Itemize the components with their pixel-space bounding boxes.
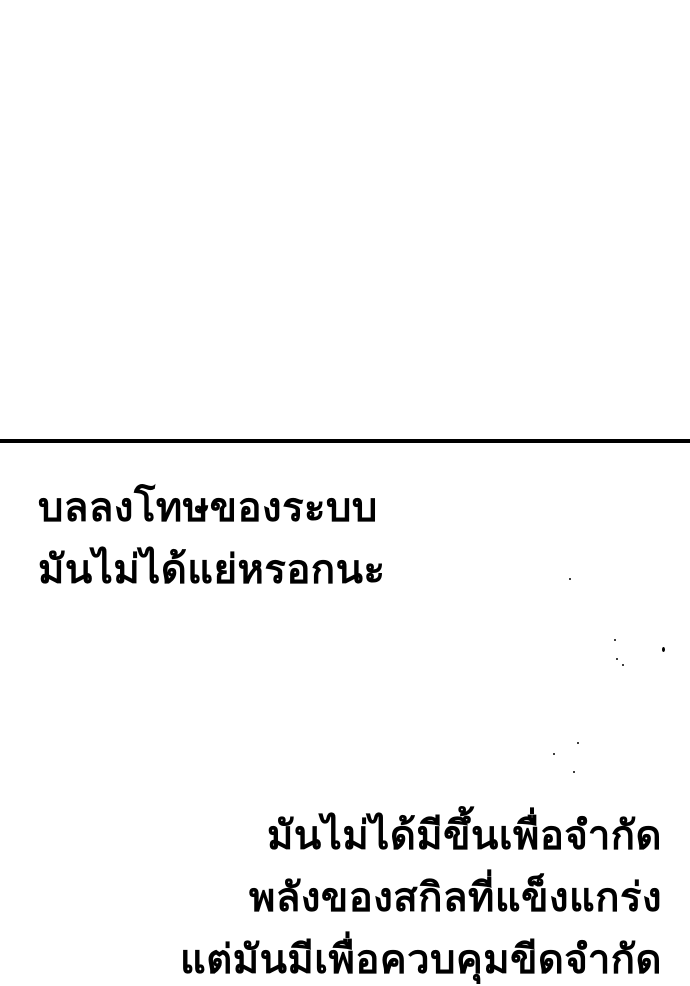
bottom-panel: บลลงโทษของระบบ มันไม่ได้แย่หรอกนะ มันไม่…	[0, 443, 690, 986]
speck-decoration	[577, 742, 579, 744]
speck-decoration	[616, 658, 618, 660]
caption-1-line-2: มันไม่ได้แย่หรอกนะ	[38, 539, 385, 601]
speck-decoration	[622, 664, 624, 666]
caption-block-2: มันไม่ได้มีขึ้นเพื่อจำกัด พลังของสกิลที่…	[180, 805, 662, 986]
speck-decoration	[614, 639, 616, 641]
speck-decoration	[662, 647, 665, 652]
caption-block-1: บลลงโทษของระบบ มันไม่ได้แย่หรอกนะ	[38, 477, 385, 601]
caption-2-line-1: มันไม่ได้มีขึ้นเพื่อจำกัด	[180, 805, 662, 867]
speck-decoration	[553, 753, 555, 755]
caption-2-line-2: พลังของสกิลที่แข็งแกร่ง	[180, 867, 662, 929]
speck-decoration	[573, 771, 575, 773]
top-panel-blank	[0, 0, 690, 440]
caption-1-line-1: บลลงโทษของระบบ	[38, 477, 385, 539]
caption-2-line-3: แต่มันมีเพื่อควบคุมขีดจำกัด	[180, 929, 662, 986]
speck-decoration	[569, 578, 571, 580]
